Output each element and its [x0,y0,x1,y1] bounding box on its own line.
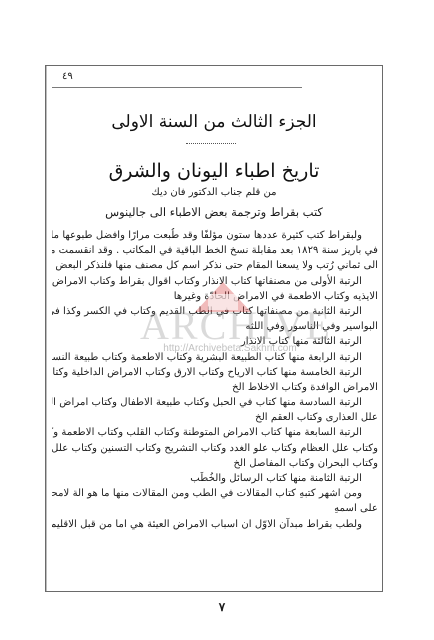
body-line: الرتبة السابعة منها كتاب الامراض المتوطن… [52,425,378,440]
part-heading: الجزء الثالث من السنة الاولى [45,112,383,132]
body-line: وكتاب البحران وكتاب المفاصل الخ [52,456,378,471]
header-rule [52,87,302,88]
header-page-number: ٤٩ [62,71,73,82]
body-line: على اسمهِ [52,501,378,516]
body-line: ولطب بقراط مبدآن الاوّل ان اسباب الامراض… [52,517,378,532]
watermark-text: ARCHIVE [140,302,320,349]
body-line: الرتبة السادسة منها كتاب في الحبل وكتاب … [52,395,378,410]
article-byline: من قلم جناب الدكتور فان ديك [45,187,383,198]
footer-page-number: ٧ [210,600,234,614]
watermark-url: http://Archivebeta.Sakhrit.com [140,343,320,354]
body-line: الى ثماني رُتب ولا يسعنا المقام حتى نذكر… [52,258,378,273]
body-line: وكتاب علل العظام وكتاب علو الغدد وكتاب ا… [52,441,378,456]
body-line: ولبقراط كتب كثيرة عددها ستون مؤلفًا وقد … [52,228,378,243]
body-line: الامراض الوافدة وكتاب الاخلاط الخ [52,380,378,395]
body-line: الرتبة الخامسة منها كتاب الارياح وكتاب ا… [52,365,378,380]
body-line: في باريز سنة ١٨٢٩ بعد مقابلة نسخ الخط ال… [52,243,378,258]
article-title: تاريخ اطباء اليونان والشرق [45,160,383,182]
body-line: علل العذارى وكتاب العقم الخ [52,410,378,425]
article-subheading: كتب بقراط وترجمة بعض الاطباء الى جالينوس [45,205,383,219]
body-line: الرتبة الثامنة منها كتاب الرسائل والخُطَ… [52,471,378,486]
article-body: ولبقراط كتب كثيرة عددها ستون مؤلفًا وقد … [52,228,378,532]
body-line: ومن اشهر كتبهِ كتاب المقالات في الطب ومن… [52,486,378,501]
section-divider [186,143,236,144]
